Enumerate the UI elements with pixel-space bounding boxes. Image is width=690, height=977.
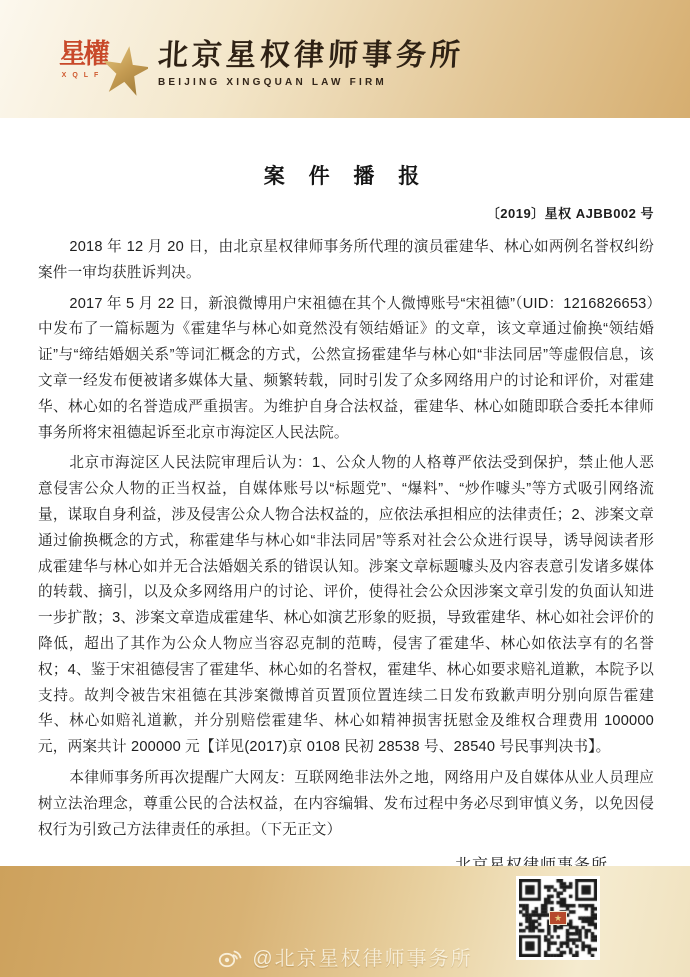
signature-block: 北京星权律师事务所 二〇一九年一月四日 xyxy=(38,850,654,866)
firm-name-cn: 北京星权律师事务所 xyxy=(157,38,465,74)
document-number: 〔2019〕星权 AJBB002 号 xyxy=(38,203,654,222)
firm-name-en: BEIJING XINGQUAN LAW FIRM xyxy=(158,77,464,88)
footer-banner: ★ @北京星权律师事务所 xyxy=(0,866,690,977)
paragraph-court-findings: 北京市海淀区人民法院审理后认为：1、公众人物的人格尊严依法受到保护，禁止他人恶意… xyxy=(38,451,654,761)
star-icon xyxy=(104,42,148,100)
weibo-icon xyxy=(217,945,244,969)
qr-star-icon: ★ xyxy=(554,914,562,923)
paragraph-reminder: 本律师事务所再次提醒广大网友：互联网绝非法外之地，网络用户及自媒体从业人员理应树… xyxy=(38,766,654,843)
firm-name-block: 北京星权律师事务所 BEIJING XINGQUAN LAW FIRM xyxy=(158,38,464,88)
firm-logo: 星權 XQLF 北京星权律师事务所 BEIJING xyxy=(54,40,464,100)
header-banner: 星權 XQLF 北京星权律师事务所 BEIJING xyxy=(0,0,690,118)
document-body: 案 件 播 报 〔2019〕星权 AJBB002 号 2018 年 12 月 2… xyxy=(0,118,690,866)
paragraph-judgment-result: 2018 年 12 月 20 日，由北京星权律师事务所代理的演员霍建华、林心如两… xyxy=(38,235,654,287)
weibo-attribution: @北京星权律师事务所 xyxy=(0,942,690,971)
signature-firm: 北京星权律师事务所 xyxy=(38,850,608,866)
weibo-handle: @北京星权律师事务所 xyxy=(252,942,472,971)
paragraph-case-background: 2017 年 5 月 22 日，新浪微博用户宋祖德在其个人微博账号“宋祖德”（U… xyxy=(38,292,654,447)
case-report-page: 星權 XQLF 北京星权律师事务所 BEIJING xyxy=(0,0,690,977)
document-title: 案 件 播 报 xyxy=(38,162,654,192)
qr-center-logo: ★ xyxy=(549,911,567,925)
